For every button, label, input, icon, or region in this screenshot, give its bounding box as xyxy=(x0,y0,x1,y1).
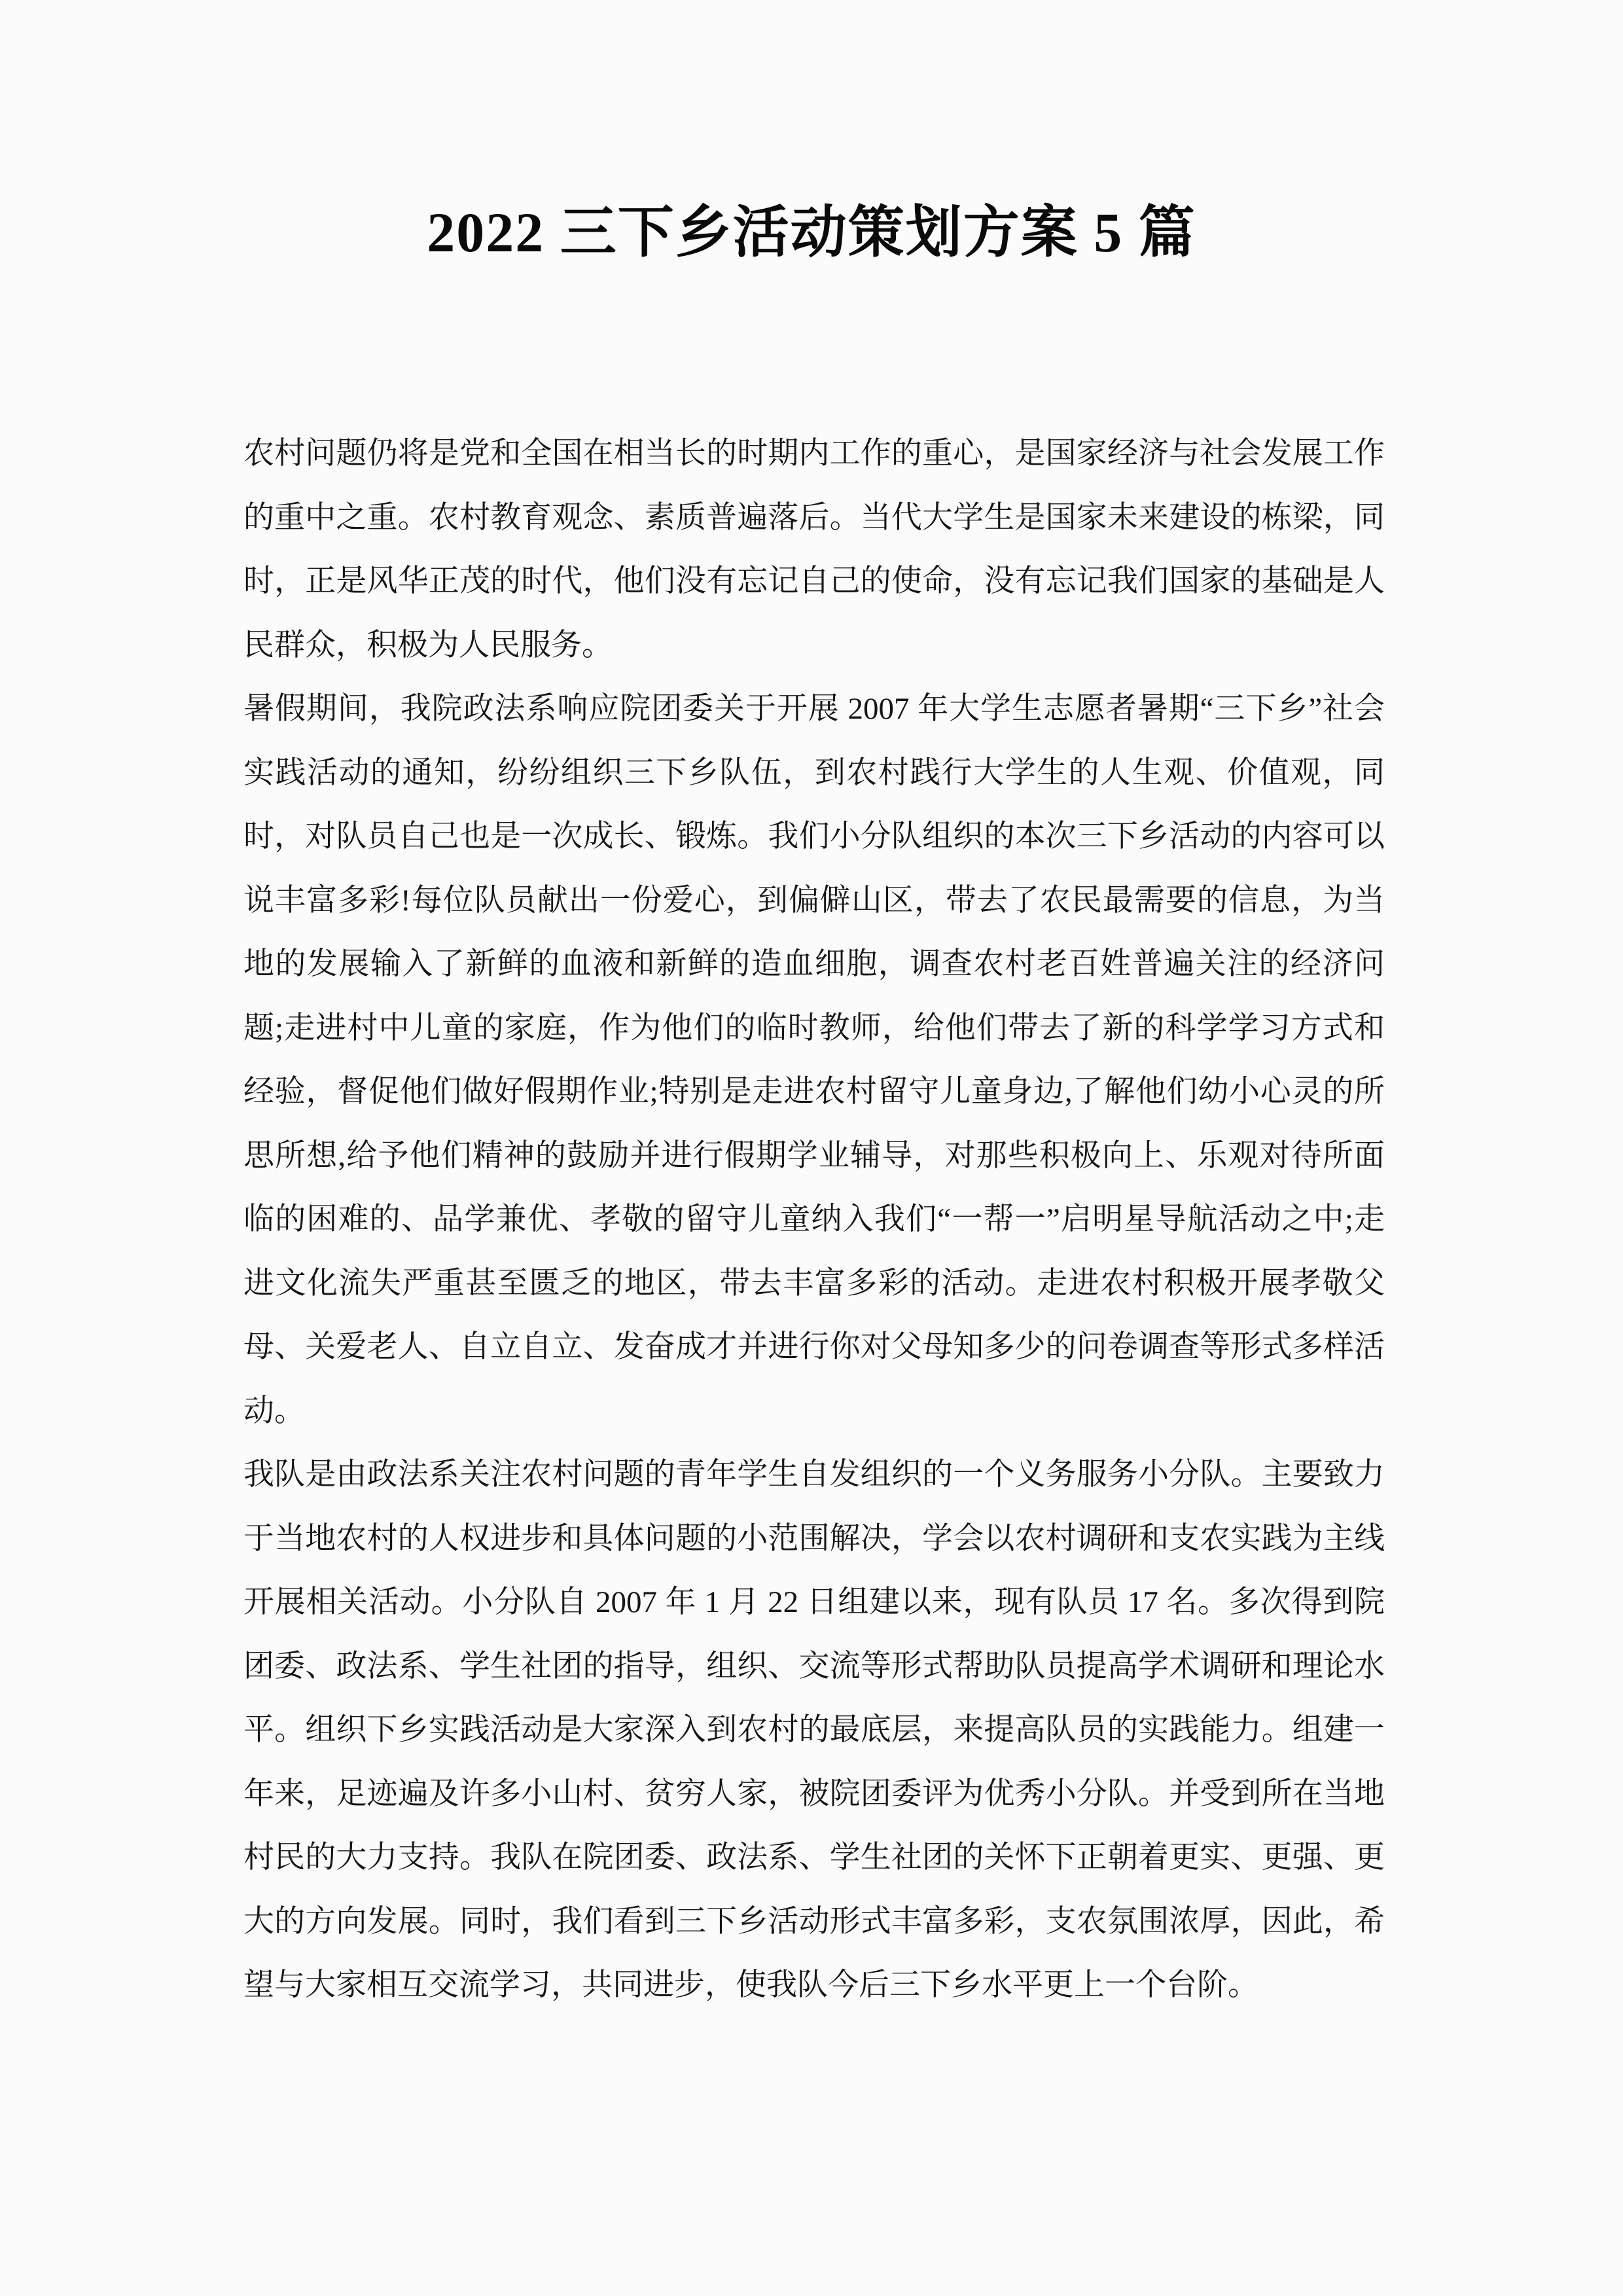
document-title: 2022 三下乡活动策划方案 5 篇 xyxy=(0,200,1623,265)
document-page: 2022 三下乡活动策划方案 5 篇 农村问题仍将是党和全国在相当长的时期内工作… xyxy=(0,0,1623,2296)
paragraph: 暑假期间，我院政法系响应院团委关于开展 2007 年大学生志愿者暑期“三下乡”社… xyxy=(243,677,1385,1443)
document-body: 农村问题仍将是党和全国在相当长的时期内工作的重心，是国家经济与社会发展工作的重中… xyxy=(243,422,1385,2018)
paragraph: 我队是由政法系关注农村问题的青年学生自发组织的一个义务服务小分队。主要致力于当地… xyxy=(243,1443,1385,2018)
paragraph: 农村问题仍将是党和全国在相当长的时期内工作的重心，是国家经济与社会发展工作的重中… xyxy=(243,422,1385,677)
